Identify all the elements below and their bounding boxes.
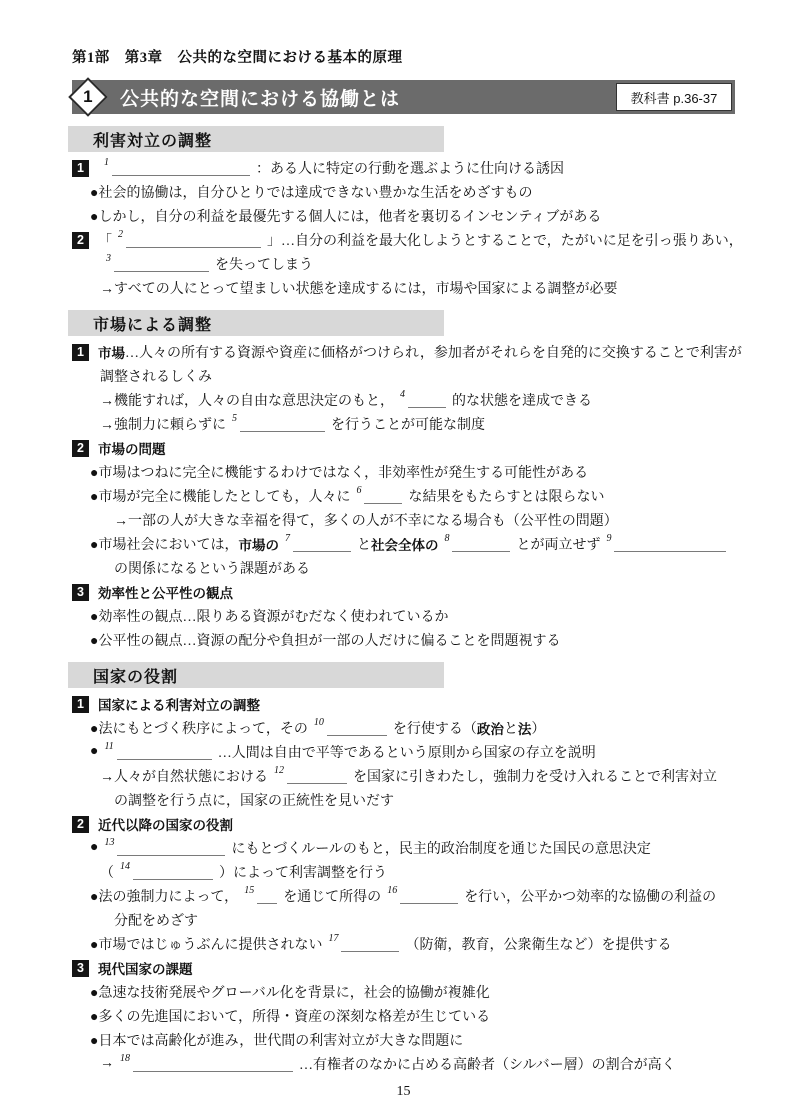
text-line: 2近代以降の国家の役割 [72,812,735,836]
section-heading: 市場による調整 [68,310,444,336]
emphasized-term: 市場の [238,534,279,554]
text-segment: ● [90,744,98,760]
fill-in-blank-10: 10 [314,720,387,736]
fill-in-blank-8: 8 [444,536,510,552]
text-line: ●急速な技術発展やグローバル化を背景に，社会的協働が複雑化 [90,980,735,1004]
item-number-badge: 2 [72,816,89,833]
blank-number: 3 [106,254,111,264]
emphasized-term: 市場 [98,342,125,362]
blank-number: 11 [104,742,113,752]
blank-number: 10 [314,718,324,728]
fill-in-blank-6: 6 [356,488,402,504]
blank-underline [126,232,261,248]
text-segment: →人々が自然状態における [100,766,268,786]
blank-number: 6 [356,486,361,496]
text-line: （14）によって利害調整を行う [100,860,735,884]
text-line: →機能すれば，人々の自由な意思決定のもと，4的な状態を達成できる [100,388,735,412]
text-line: ●法の強制力によって，15を通じて所得の16を行い，公平かつ効率的な協働の利益の [90,884,735,908]
item-number-badge: 1 [72,696,89,713]
text-segment: の関係になるという課題がある [114,558,310,578]
text-segment: （防衛，教育，公衆衛生など）を提供する [405,934,671,954]
emphasized-term: 法 [518,718,532,738]
blank-underline [452,536,510,552]
blank-underline [287,768,347,784]
emphasized-term: 効率性と公平性の観点 [98,582,233,602]
text-line: 分配をめざす [114,908,735,932]
text-line: ●公平性の観点…資源の配分や負担が一部の人だけに偏ることを問題視する [90,628,735,652]
text-segment: ●法の強制力によって， [90,886,238,906]
text-segment: を行使する（ [393,718,477,738]
text-segment: 「 [98,230,112,250]
blank-number: 8 [444,534,449,544]
fill-in-blank-13: 13 [104,840,225,856]
text-segment: …人々の所有する資源や資産に価格がつけられ，参加者がそれらを自発的に交換すること… [125,342,742,362]
text-segment: →強制力に頼らずに [100,414,226,434]
blank-underline [400,888,458,904]
item-number-badge: 1 [72,160,89,177]
text-segment: …有権者のなかに占める高齢者（シルバー層）の割合が高く [299,1054,676,1074]
text-segment: ●市場ではじゅうぶんに提供されない [90,934,322,954]
item-number-badge: 3 [72,960,89,977]
text-line: →18…有権者のなかに占める高齢者（シルバー層）の割合が高く [100,1052,735,1076]
text-line: →すべての人にとって望ましい状態を達成するには，市場や国家による調整が必要 [100,276,735,300]
text-segment: ：ある人に特定の行動を選ぶように仕向ける誘因 [256,158,564,178]
emphasized-term: 政治 [477,718,504,738]
fill-in-blank-12: 12 [274,768,347,784]
fill-in-blank-17: 17 [328,936,399,952]
item-number-badge: 2 [72,440,89,457]
blank-number: 13 [104,838,114,848]
text-line: ●社会的協働は，自分ひとりでは達成できない豊かな生活をめざすもの [90,180,735,204]
text-line: 2「2」…自分の利益を最大化しようとすることで，たがいに足を引っ張りあい， [72,228,735,252]
lesson-title-bar: 1 公共的な空間における協働とは 教科書 p.36-37 [72,80,735,114]
text-line: ●市場社会においては，市場の7と社会全体の8とが両立せず9 [90,532,735,556]
text-segment: を行い，公平かつ効率的な協働の利益の [464,886,716,906]
blank-underline [341,936,399,952]
text-segment: 分配をめざす [114,910,198,930]
blank-number: 14 [120,862,130,872]
text-segment: ● [90,840,98,856]
text-segment: ●市場社会においては， [90,534,238,554]
text-segment: ●しかし，自分の利益を最優先する個人には，他者を裏切るインセンティブがある [90,206,601,226]
fill-in-blank-14: 14 [120,864,213,880]
emphasized-term: 国家による利害対立の調整 [98,694,260,714]
fill-in-blank-9: 9 [606,536,726,552]
textbook-reference-badge: 教科書 p.36-37 [616,83,732,111]
text-line: ●11…人間は自由で平等であるという原則から国家の存立を説明 [90,740,735,764]
text-segment: →機能すれば，人々の自由な意思決定のもと， [100,390,394,410]
blank-underline [133,1056,293,1072]
text-segment: 的な状態を達成できる [452,390,592,410]
text-line: の調整を行う点に，国家の正統性を見いだす [114,788,735,812]
text-line: 3現代国家の課題 [72,956,735,980]
text-segment: 」…自分の利益を最大化しようとすることで，たがいに足を引っ張りあい， [267,230,743,250]
blank-underline [364,488,402,504]
text-line: 調整されるしくみ [100,364,735,388]
text-segment: を失ってしまう [215,254,313,274]
fill-in-blank-4: 4 [400,392,446,408]
text-line: ●市場ではじゅうぶんに提供されない17（防衛，教育，公衆衛生など）を提供する [90,932,735,956]
blank-number: 12 [274,766,284,776]
fill-in-blank-15: 15 [244,888,277,904]
item-number-badge: 2 [72,232,89,249]
text-line: →強制力に頼らずに5を行うことが可能な制度 [100,412,735,436]
text-segment: ）によって利害調整を行う [219,862,387,882]
blank-underline [117,840,225,856]
text-segment: ●急速な技術発展やグローバル化を背景に，社会的協働が複雑化 [90,982,490,1002]
fill-in-blank-2: 2 [118,232,261,248]
text-segment: の調整を行う点に，国家の正統性を見いだす [114,790,394,810]
lesson-title: 公共的な空間における協働とは [120,84,400,111]
text-line: ●法にもとづく秩序によって，その10を行使する（政治と法） [90,716,735,740]
fill-in-blank-5: 5 [232,416,325,432]
blank-number: 5 [232,414,237,424]
fill-in-blank-18: 18 [120,1056,293,1072]
text-segment: ） [531,718,545,738]
text-line: ●市場はつねに完全に機能するわけではなく，非効率性が発生する可能性がある [90,460,735,484]
text-segment: とが両立せず [516,534,600,554]
text-segment: にもとづくルールのもと，民主的政治制度を通じた国民の意思決定 [231,838,650,858]
text-line: →一部の人が大きな幸福を得て，多くの人が不幸になる場合も（公平性の問題） [114,508,735,532]
blank-number: 18 [120,1054,130,1064]
text-line: の関係になるという課題がある [114,556,735,580]
blank-number: 4 [400,390,405,400]
blank-underline [327,720,387,736]
text-segment: ●法にもとづく秩序によって，その [90,718,308,738]
breadcrumb: 第1部 第3章 公共的な空間における基本的原理 [72,46,735,66]
blank-underline [240,416,325,432]
content: 利害対立の調整11：ある人に特定の行動を選ぶように仕向ける誘因●社会的協働は，自… [72,126,735,1076]
text-segment: （ [100,862,114,882]
text-line: 1国家による利害対立の調整 [72,692,735,716]
text-segment: を行うことが可能な制度 [331,414,485,434]
emphasized-term: 社会全体の [371,534,439,554]
blank-number: 16 [387,886,397,896]
blank-number: 7 [285,534,290,544]
blank-underline [257,888,277,904]
text-segment: を国家に引きわたし，強制力を受け入れることで利害対立 [353,766,717,786]
fill-in-blank-3: 3 [106,256,209,272]
blank-underline [293,536,351,552]
worksheet-page: 第1部 第3章 公共的な空間における基本的原理 1 公共的な空間における協働とは… [0,0,790,1118]
blank-underline [117,744,212,760]
text-segment: ●公平性の観点…資源の配分や負担が一部の人だけに偏ることを問題視する [90,630,560,650]
blank-underline [614,536,726,552]
fill-in-blank-11: 11 [104,744,211,760]
text-line: 3効率性と公平性の観点 [72,580,735,604]
blank-underline [133,864,213,880]
text-line: 11：ある人に特定の行動を選ぶように仕向ける誘因 [72,156,735,180]
text-line: ●市場が完全に機能したとしても，人々に6な結果をもたらすとは限らない [90,484,735,508]
item-number-badge: 3 [72,584,89,601]
page-number: 15 [72,1084,735,1100]
text-segment: →すべての人にとって望ましい状態を達成するには，市場や国家による調整が必要 [100,278,617,298]
text-segment: と [504,718,518,738]
text-segment: ●多くの先進国において，所得・資産の深刻な格差が生じている [90,1006,490,1026]
emphasized-term: 市場の問題 [98,438,166,458]
text-line: 1市場…人々の所有する資源や資産に価格がつけられ，参加者がそれらを自発的に交換す… [72,340,735,364]
text-segment: ●社会的協働は，自分ひとりでは達成できない豊かな生活をめざすもの [90,182,532,202]
fill-in-blank-7: 7 [285,536,351,552]
blank-number: 1 [104,158,109,168]
text-line: 3を失ってしまう [100,252,735,276]
fill-in-blank-1: 1 [104,160,250,176]
blank-underline [112,160,250,176]
section-heading: 国家の役割 [68,662,444,688]
lesson-number: 1 [83,87,92,107]
text-segment: …人間は自由で平等であるという原則から国家の存立を説明 [218,742,596,762]
blank-underline [114,256,209,272]
section-heading: 利害対立の調整 [68,126,444,152]
text-segment: →一部の人が大きな幸福を得て，多くの人が不幸になる場合も（公平性の問題） [114,510,618,530]
text-segment: ●日本では高齢化が進み，世代間の利害対立が大きな問題に [90,1030,463,1050]
text-segment: な結果をもたらすとは限らない [408,486,604,506]
emphasized-term: 現代国家の課題 [98,958,193,978]
text-segment: ●効率性の観点…限りある資源がむだなく使われているか [90,606,448,626]
text-line: ●13にもとづくルールのもと，民主的政治制度を通じた国民の意思決定 [90,836,735,860]
blank-number: 15 [244,886,254,896]
text-segment: と [357,534,371,554]
blank-underline [408,392,446,408]
text-segment: ●市場はつねに完全に機能するわけではなく，非効率性が発生する可能性がある [90,462,588,482]
blank-number: 17 [328,934,338,944]
lesson-number-diamond-icon: 1 [68,77,108,117]
text-line: 2市場の問題 [72,436,735,460]
emphasized-term: 近代以降の国家の役割 [98,814,233,834]
text-line: →人々が自然状態における12を国家に引きわたし，強制力を受け入れることで利害対立 [100,764,735,788]
fill-in-blank-16: 16 [387,888,458,904]
text-line: ●効率性の観点…限りある資源がむだなく使われているか [90,604,735,628]
text-segment: ●市場が完全に機能したとしても，人々に [90,486,350,506]
text-line: ●日本では高齢化が進み，世代間の利害対立が大きな問題に [90,1028,735,1052]
text-segment: → [100,1056,114,1072]
text-segment: 調整されるしくみ [100,366,212,386]
text-line: ●しかし，自分の利益を最優先する個人には，他者を裏切るインセンティブがある [90,204,735,228]
blank-number: 9 [606,534,611,544]
item-number-badge: 1 [72,344,89,361]
blank-number: 2 [118,230,123,240]
text-segment: を通じて所得の [283,886,381,906]
text-line: ●多くの先進国において，所得・資産の深刻な格差が生じている [90,1004,735,1028]
